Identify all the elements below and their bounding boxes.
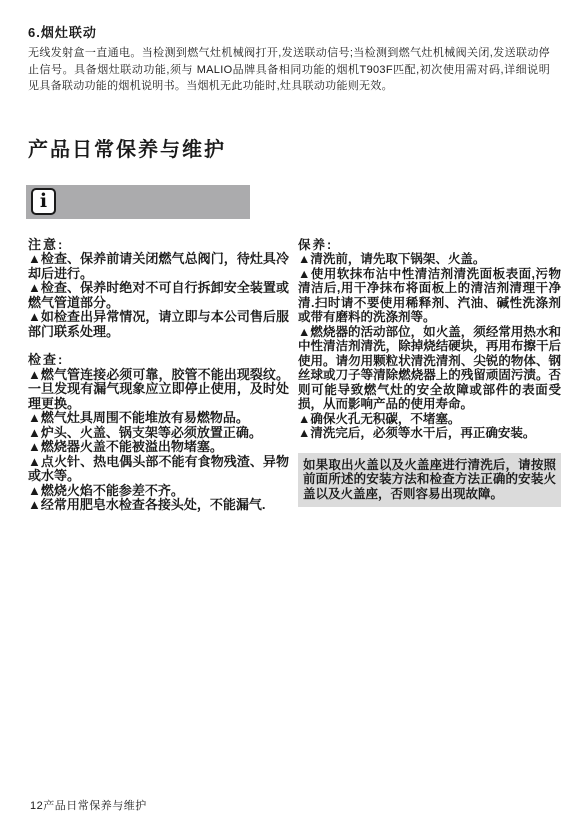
page-footer: 12产品日常保养与维护: [30, 797, 147, 813]
notice-item: ▲如检查出异常情况，请立即与本公司售后服部门联系处理。: [28, 310, 289, 339]
inspection-item: ▲点火针、热电偶头部不能有食物残渣、异物或水等。: [28, 455, 289, 484]
notice-heading: 注意:: [28, 238, 289, 253]
inspection-item: ▲燃烧器火盖不能被溢出物堵塞。: [28, 440, 289, 455]
maintenance-item: ▲使用软抹布沾中性清洁剂清洗面板表面,污物清洁后,用干净抹布将面板上的清洁剂清理…: [298, 267, 561, 325]
content-columns: 注意: ▲检查、保养前请关闭燃气总阀门，待灶具冷却后进行。 ▲检查、保养时绝对不…: [28, 238, 561, 513]
linkage-section-body: 无线发射盒一直通电。当检测到燃气灶机械阀打开,发送联动信号;当检测到燃气灶机械阀…: [28, 45, 550, 95]
inspection-item: ▲炉头、火盖、锅支架等必须放置正确。: [28, 426, 289, 441]
manual-page: 6.烟灶联动 无线发射盒一直通电。当检测到燃气灶机械阀打开,发送联动信号;当检测…: [0, 0, 575, 834]
info-bar: i: [26, 185, 250, 219]
notice-item: ▲检查、保养时绝对不可自行拆卸安全装置或燃气管道部分。: [28, 281, 289, 310]
left-column: 注意: ▲检查、保养前请关闭燃气总阀门，待灶具冷却后进行。 ▲检查、保养时绝对不…: [28, 238, 289, 513]
reassembly-note-box: 如果取出火盖以及火盖座进行清洗后，请按照前面所述的安装方法和检查方法正确的安装火…: [298, 453, 561, 508]
right-column: 保养: ▲清洗前，请先取下锅架、火盖。 ▲使用软抹布沾中性清洁剂清洗面板表面,污…: [298, 238, 561, 513]
linkage-section-heading: 6.烟灶联动: [28, 22, 549, 41]
maintenance-item: ▲确保火孔无积碳，不堵塞。: [298, 412, 561, 427]
maintenance-heading: 保养:: [298, 238, 561, 253]
inspection-item: ▲经常用肥皂水检查各接头处，不能漏气.: [28, 498, 289, 513]
notice-item: ▲检查、保养前请关闭燃气总阀门，待灶具冷却后进行。: [28, 252, 289, 281]
footer-label: 产品日常保养与维护: [43, 800, 147, 812]
inspection-item: ▲燃烧火焰不能参差不齐。: [28, 484, 289, 499]
linkage-section: 6.烟灶联动 无线发射盒一直通电。当检测到燃气灶机械阀打开,发送联动信号;当检测…: [0, 0, 575, 95]
page-title: 产品日常保养与维护: [28, 133, 575, 162]
info-icon: i: [31, 188, 56, 215]
inspection-heading: 检查:: [28, 353, 289, 368]
maintenance-item: ▲燃烧器的活动部位，如火盖，须经常用热水和中性清洁剂清洗，除掉烧结硬块，再用布擦…: [298, 325, 561, 412]
maintenance-item: ▲清洗前，请先取下锅架、火盖。: [298, 252, 561, 267]
footer-page-number: 12: [30, 800, 43, 812]
inspection-item: ▲燃气管连接必须可靠，胶管不能出现裂纹。一旦发现有漏气现象应立即停止使用，及时处…: [28, 368, 289, 412]
maintenance-item: ▲清洗完后，必须等水干后，再正确安装。: [298, 426, 561, 441]
inspection-item: ▲燃气灶具周围不能堆放有易燃物品。: [28, 411, 289, 426]
